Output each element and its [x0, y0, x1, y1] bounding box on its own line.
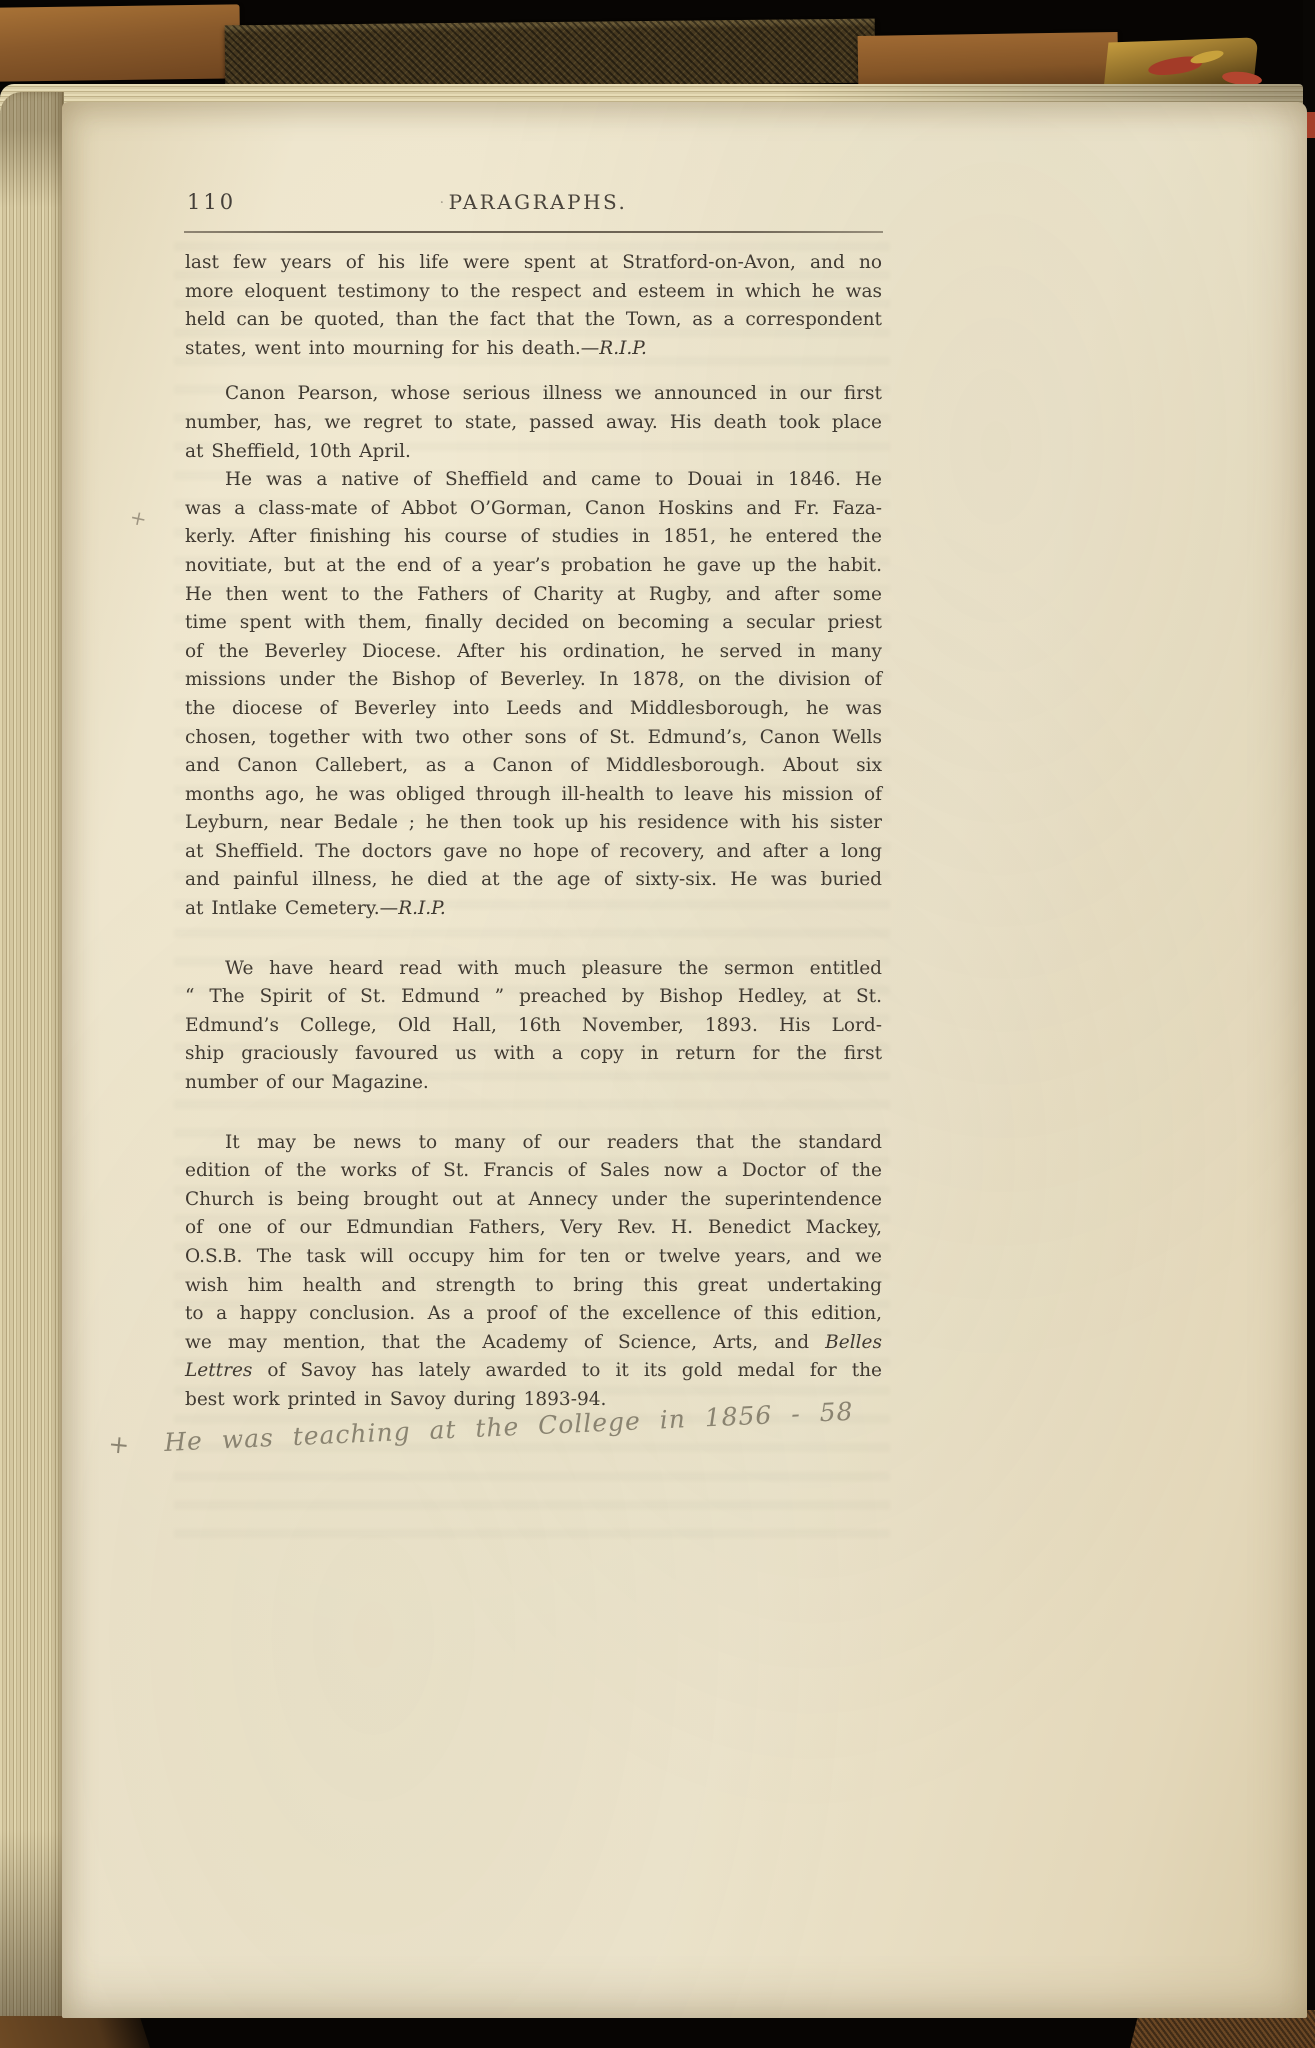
text-line: months ago, he was obliged through ill-h… [185, 781, 882, 810]
text-segment: number, has, we regret to state, passed … [185, 412, 882, 433]
header-rule [184, 231, 883, 233]
text-segment: of Savoy has lately awarded to it its go… [252, 1360, 882, 1381]
text-segment: kerly. After finishing his course of stu… [185, 526, 882, 547]
text-line: Lettres of Savoy has lately awarded to i… [185, 1357, 882, 1386]
text-line: Church is being brought out at Annecy un… [185, 1186, 882, 1215]
text-line: last few years of his life were spent at… [185, 249, 882, 278]
page-header: 110 ·PARAGRAPHS. [185, 190, 882, 216]
text-segment: was a class-mate of Abbot O’Gorman, Cano… [185, 498, 882, 519]
text-segment: It may be news to many of our readers th… [225, 1132, 882, 1153]
text-segment: wish him health and strength to bring th… [185, 1275, 882, 1296]
text-line: held can be quoted, than the fact that t… [185, 306, 882, 335]
text-segment: time spent with them, finally decided on… [185, 612, 882, 633]
text-segment: at Intlake Cemetery.— [185, 898, 398, 919]
text-line: He then went to the Fathers of Charity a… [185, 581, 882, 610]
pencil-margin-cross-mark: + [128, 505, 149, 532]
text-segment: He was a native of Sheffield and came to… [225, 469, 882, 490]
text-line: and painful illness, he died at the age … [185, 866, 882, 895]
text-segment: the diocese of Beverley into Leeds and M… [185, 698, 882, 719]
text-line: kerly. After finishing his course of stu… [185, 523, 882, 552]
text-segment: of the Beverley Diocese. After his ordin… [185, 641, 882, 662]
text-line: “ The Spirit of St. Edmund ” preached by… [185, 983, 882, 1012]
text-segment: Leyburn, near Bedale ; he then took up h… [185, 812, 882, 833]
cover-leather-left [0, 4, 241, 81]
text-line: at Sheffield, 10th April. [185, 438, 882, 467]
text-line: time spent with them, finally decided on… [185, 609, 882, 638]
text-line: Edmund’s College, Old Hall, 16th Novembe… [185, 1012, 882, 1041]
text-segment: edition of the works of St. Francis of S… [185, 1160, 882, 1181]
text-line: We have heard read with much pleasure th… [185, 955, 882, 984]
text-segment: number of our Magazine. [185, 1072, 429, 1093]
text-segment: to a happy conclusion. As a proof of the… [185, 1303, 882, 1324]
text-line: novitiate, but at the end of a year’s pr… [185, 552, 882, 581]
paragraph: Canon Pearson, whose serious illness we … [185, 380, 882, 466]
text-line: more eloquent testimony to the respect a… [185, 278, 882, 307]
italic-text-segment: Belles [825, 1332, 882, 1353]
pencil-cross-mark: + [107, 1429, 132, 1460]
text-segment: We have heard read with much pleasure th… [225, 958, 882, 979]
text-segment: last few years of his life were spent at… [185, 252, 882, 273]
paragraph: It may be news to many of our readers th… [185, 1129, 882, 1415]
text-line: and Canon Callebert, as a Canon of Middl… [185, 752, 882, 781]
cover-corner-bottom-left [0, 2016, 150, 2048]
text-line: chosen, together with two other sons of … [185, 724, 882, 753]
text-line: the diocese of Beverley into Leeds and M… [185, 695, 882, 724]
paragraph: last few years of his life were spent at… [185, 249, 882, 363]
text-segment: ship graciously favoured us with a copy … [185, 1043, 882, 1064]
print-artifact-dot: · [440, 195, 447, 211]
italic-text-segment: Lettres [185, 1360, 252, 1381]
paragraph: He was a native of Sheffield and came to… [185, 466, 882, 924]
text-line: number, has, we regret to state, passed … [185, 409, 882, 438]
text-column: last few years of his life were spent at… [185, 249, 882, 1415]
italic-text-segment: R.I.P. [599, 338, 647, 359]
text-segment: at Sheffield. The doctors gave no hope o… [185, 841, 882, 862]
text-line: of the Beverley Diocese. After his ordin… [185, 638, 882, 667]
running-header: ·PARAGRAPHS. [185, 190, 882, 214]
scanned-book-photo: { "page": { "book_page_number": "110", "… [0, 0, 1315, 2048]
text-line: at Sheffield. The doctors gave no hope o… [185, 838, 882, 867]
text-line: missions under the Bishop of Beverley. I… [185, 666, 882, 695]
text-line: ship graciously favoured us with a copy … [185, 1040, 882, 1069]
text-segment: O.S.B. The task will occupy him for ten … [185, 1246, 882, 1267]
text-line: He was a native of Sheffield and came to… [185, 466, 882, 495]
text-line: edition of the works of St. Francis of S… [185, 1157, 882, 1186]
text-segment: states, went into mourning for his death… [185, 338, 599, 359]
text-line: states, went into mourning for his death… [185, 335, 882, 364]
running-header-text: PARAGRAPHS. [449, 190, 628, 214]
text-segment: at Sheffield, 10th April. [185, 441, 411, 462]
text-line: was a class-mate of Abbot O’Gorman, Cano… [185, 495, 882, 524]
text-line: O.S.B. The task will occupy him for ten … [185, 1243, 882, 1272]
cover-cloth-center [225, 19, 876, 90]
text-line: wish him health and strength to bring th… [185, 1272, 882, 1301]
text-line: to a happy conclusion. As a proof of the… [185, 1300, 882, 1329]
text-segment: and Canon Callebert, as a Canon of Middl… [185, 755, 882, 776]
text-segment: best work printed in Savoy during 1893-9… [185, 1389, 606, 1410]
text-line: It may be news to many of our readers th… [185, 1129, 882, 1158]
text-segment: missions under the Bishop of Beverley. I… [185, 669, 882, 690]
text-line: of one of our Edmundian Fathers, Very Re… [185, 1214, 882, 1243]
text-line: at Intlake Cemetery.—R.I.P. [185, 895, 882, 924]
text-segment: “ The Spirit of St. Edmund ” preached by… [185, 986, 882, 1007]
text-line: Canon Pearson, whose serious illness we … [185, 380, 882, 409]
book-page: 110 ·PARAGRAPHS. last few years of his l… [62, 102, 1307, 2018]
text-segment: of one of our Edmundian Fathers, Very Re… [185, 1217, 882, 1238]
text-segment: more eloquent testimony to the respect a… [185, 281, 882, 302]
text-segment: months ago, he was obliged through ill-h… [185, 784, 882, 805]
text-segment: Church is being brought out at Annecy un… [185, 1189, 882, 1210]
text-segment: Edmund’s College, Old Hall, 16th Novembe… [185, 1015, 882, 1036]
text-segment: held can be quoted, than the fact that t… [185, 309, 882, 330]
page-edges-left [0, 92, 64, 2022]
paragraph: We have heard read with much pleasure th… [185, 955, 882, 1098]
text-segment: we may mention, that the Academy of Scie… [185, 1332, 825, 1353]
text-segment: He then went to the Fathers of Charity a… [185, 584, 882, 605]
text-line: Leyburn, near Bedale ; he then took up h… [185, 809, 882, 838]
text-line: we may mention, that the Academy of Scie… [185, 1329, 882, 1358]
text-segment: chosen, together with two other sons of … [185, 727, 882, 748]
text-segment: novitiate, but at the end of a year’s pr… [185, 555, 882, 576]
text-segment: and painful illness, he died at the age … [185, 869, 882, 890]
text-line: number of our Magazine. [185, 1069, 882, 1098]
italic-text-segment: R.I.P. [398, 898, 446, 919]
text-segment: Canon Pearson, whose serious illness we … [225, 383, 882, 404]
